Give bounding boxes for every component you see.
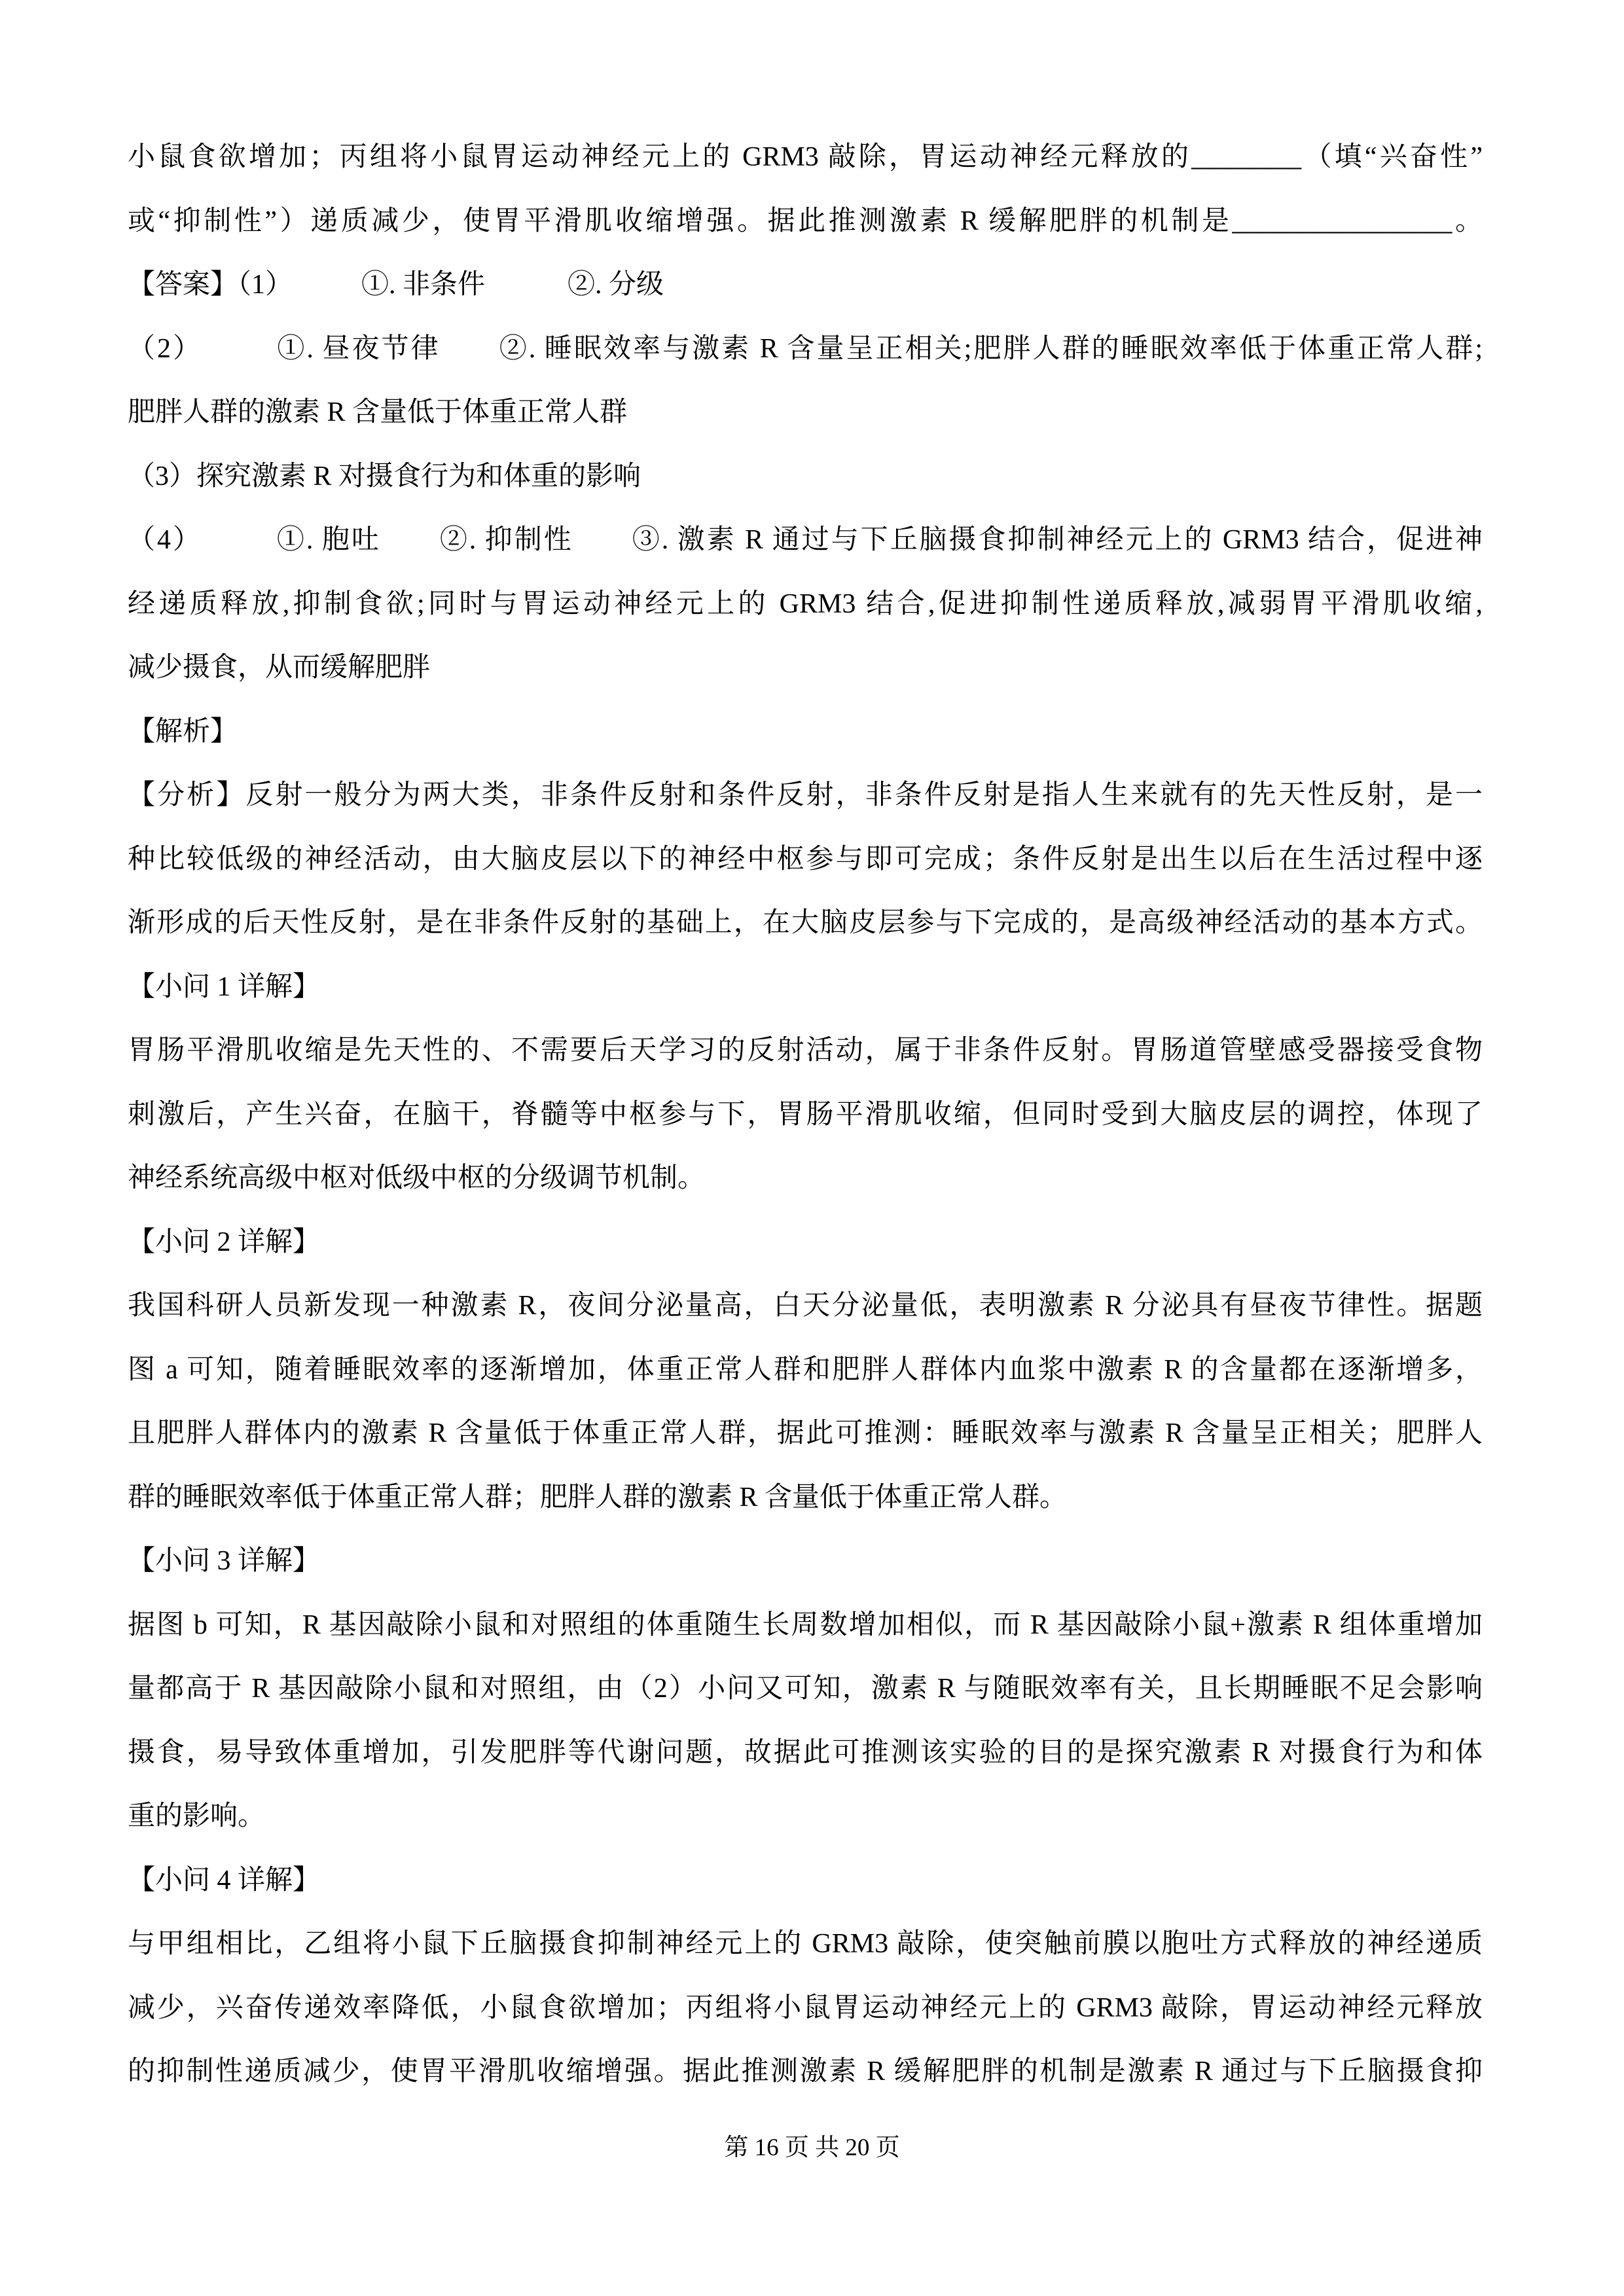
subquestion-2-line-4: 群的睡眠效率低于体重正常人群；肥胖人群的激素 R 含量低于体重正常人群。	[128, 1466, 1483, 1530]
subquestion-4-line-3: 的抑制性递质减少，使胃平滑肌收缩增强。据此推测激素 R 缓解肥胖的机制是激素 R…	[128, 2040, 1483, 2104]
explanation-header: 【解析】	[128, 700, 1483, 764]
subquestion-2-header: 【小问 2 详解】	[128, 1211, 1483, 1275]
subquestion-1-line-2: 刺激后，产生兴奋，在脑干，脊髓等中枢参与下，胃肠平滑肌收缩，但同时受到大脑皮层的…	[128, 1083, 1483, 1147]
subquestion-3-line-4: 重的影响。	[128, 1785, 1483, 1849]
answer-part-4-line-3: 减少摄食，从而缓解肥胖	[128, 636, 1483, 700]
analysis-line-1: 【分析】反射一般分为两大类，非条件反射和条件反射，非条件反射是指人生来就有的先天…	[128, 764, 1483, 828]
subquestion-4-line-1: 与甲组相比，乙组将小鼠下丘脑摄食抑制神经元上的 GRM3 敲除，使突触前膜以胞吐…	[128, 1912, 1483, 1977]
answer-part-2-line-1: （2） ①. 昼夜节律 ②. 睡眠效率与激素 R 含量呈正相关;肥胖人群的睡眠效…	[128, 317, 1483, 382]
subquestion-3-line-2: 量都高于 R 基因敲除小鼠和对照组，由（2）小问又可知，激素 R 与随眠效率有关…	[128, 1657, 1483, 1721]
subquestion-2-line-1: 我国科研人员新发现一种激素 R，夜间分泌量高，白天分泌量低，表明激素 R 分泌具…	[128, 1274, 1483, 1338]
answer-part-4-line-2: 经递质释放,抑制食欲;同时与胃运动神经元上的 GRM3 结合,促进抑制性递质释放…	[128, 573, 1483, 637]
page-footer: 第 16 页 共 20 页	[0, 2128, 1624, 2168]
question-stem-line-2: 或“抑制性”）递质减少，使胃平滑肌收缩增强。据此推测激素 R 缓解肥胖的机制是_…	[128, 190, 1483, 254]
answer-part-4-line-1: （4） ①. 胞吐 ②. 抑制性 ③. 激素 R 通过与下丘脑摄食抑制神经元上的…	[128, 509, 1483, 573]
document-page: { "document": { "lines": [ "小鼠食欲增加；丙组将小鼠…	[0, 0, 1624, 2296]
analysis-line-3: 渐形成的后天性反射，是在非条件反射的基础上，在大脑皮层参与下完成的，是高级神经活…	[128, 891, 1483, 956]
subquestion-1-header: 【小问 1 详解】	[128, 956, 1483, 1020]
subquestion-3-line-1: 据图 b 可知，R 基因敲除小鼠和对照组的体重随生长周数增加相似，而 R 基因敲…	[128, 1594, 1483, 1658]
analysis-line-2: 种比较低级的神经活动，由大脑皮层以下的神经中枢参与即可完成；条件反射是出生以后在…	[128, 828, 1483, 892]
subquestion-2-line-3: 且肥胖人群体内的激素 R 含量低于体重正常人群，据此可推测：睡眠效率与激素 R …	[128, 1402, 1483, 1466]
subquestion-2-line-2: 图 a 可知，随着睡眠效率的逐渐增加，体重正常人群和肥胖人群体内血浆中激素 R …	[128, 1338, 1483, 1403]
subquestion-3-line-3: 摄食，易导致体重增加，引发肥胖等代谢问题，故据此可推测该实验的目的是探究激素 R…	[128, 1721, 1483, 1785]
subquestion-1-line-1: 胃肠平滑肌收缩是先天性的、不需要后天学习的反射活动，属于非条件反射。胃肠道管壁感…	[128, 1019, 1483, 1083]
question-stem-line-1: 小鼠食欲增加；丙组将小鼠胃运动神经元上的 GRM3 敲除，胃运动神经元释放的__…	[128, 126, 1483, 190]
answer-part-3-line: （3）探究激素 R 对摄食行为和体重的影响	[128, 445, 1483, 509]
answer-part-1-line: 【答案】（1） ①. 非条件 ②. 分级	[128, 253, 1483, 317]
subquestion-4-header: 【小问 4 详解】	[128, 1849, 1483, 1913]
subquestion-3-header: 【小问 3 详解】	[128, 1530, 1483, 1594]
subquestion-1-line-3: 神经系统高级中枢对低级中枢的分级调节机制。	[128, 1147, 1483, 1211]
subquestion-4-line-2: 减少，兴奋传递效率降低，小鼠食欲增加；丙组将小鼠胃运动神经元上的 GRM3 敲除…	[128, 1977, 1483, 2041]
answer-part-2-line-2: 肥胖人群的激素 R 含量低于体重正常人群	[128, 381, 1483, 445]
page-body: 小鼠食欲增加；丙组将小鼠胃运动神经元上的 GRM3 敲除，胃运动神经元释放的__…	[128, 126, 1483, 2104]
